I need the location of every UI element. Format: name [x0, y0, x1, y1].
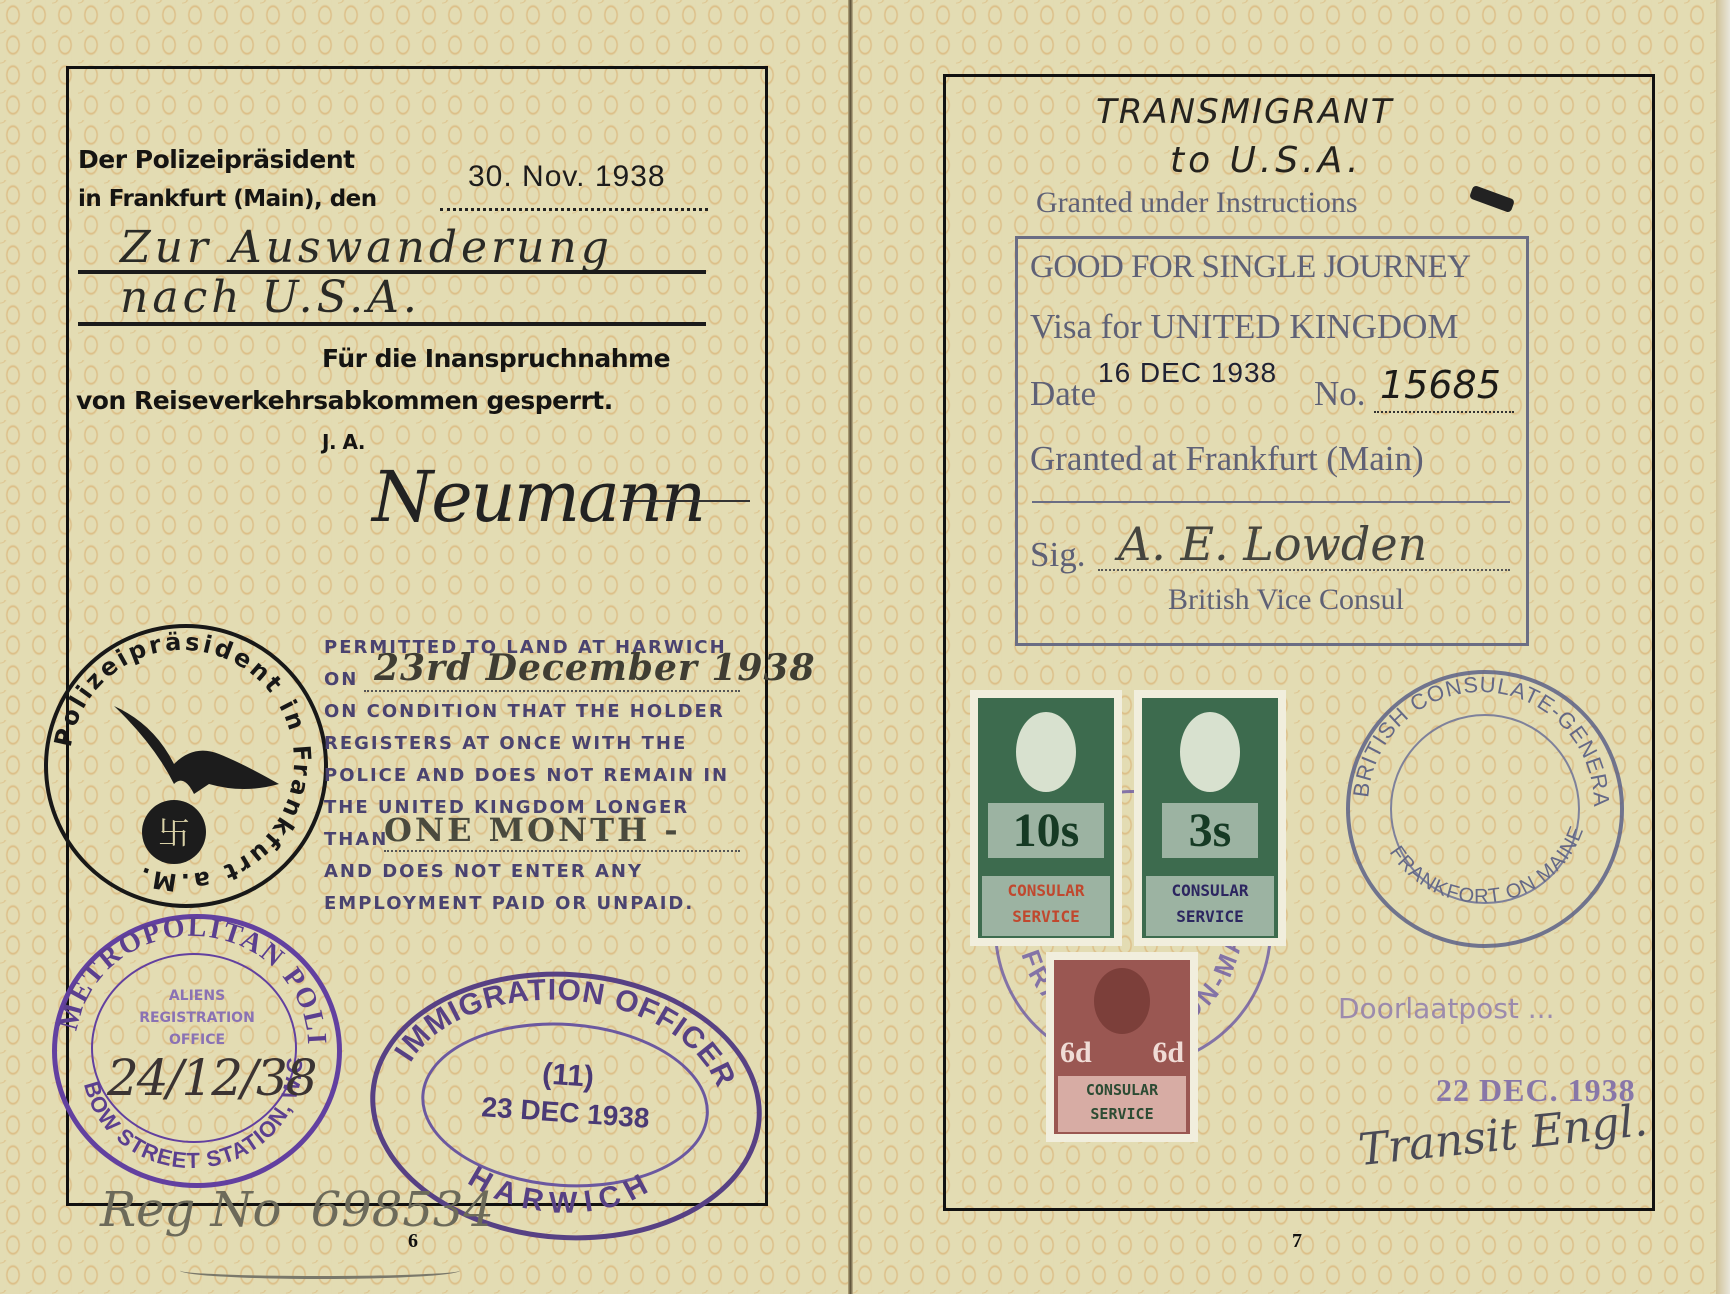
granted-under-instructions: Granted under Instructions: [1036, 186, 1358, 220]
page-edge: [1716, 0, 1730, 1294]
svg-text:FRANKFORT ON MAINE: FRANKFORT ON MAINE: [1385, 823, 1588, 908]
visa-number: 15685: [1380, 363, 1501, 407]
reg-no-flourish: [180, 1262, 460, 1279]
police-date-stamp: 30. Nov. 1938: [468, 160, 666, 194]
police-line-1: Der Polizeipräsident: [78, 145, 355, 174]
consul-signature: A. E. Lowden: [1118, 517, 1427, 571]
king-portrait-icon: [1180, 712, 1240, 792]
landing-line-7: THAN ONE MONTH -: [324, 824, 744, 856]
svg-text:BRITISH CONSULATE-GENERAL: BRITISH CONSULATE-GENERAL: [1346, 670, 1614, 808]
transit-stamp-line: Doorlaatpost ...: [1338, 992, 1554, 1025]
handwritten-purpose-2: nach U.S.A.: [120, 272, 421, 323]
landing-line-3: ON CONDITION THAT THE HOLDER: [324, 696, 744, 728]
restriction-line-2: von Reiseverkehrsabkommen gesperrt.: [76, 386, 613, 415]
page-number-7: 7: [1292, 1230, 1302, 1253]
handwritten-landing-date: 23rd December 1938: [374, 652, 816, 684]
registration-number: Reg No 698534: [100, 1182, 494, 1238]
revenue-stamp-10s: 10s CONSULAR SERVICE: [970, 690, 1122, 946]
police-signature: Neumann: [372, 456, 704, 538]
metropolitan-police-stamp: METROPOLITAN POLICE BOW STREET STATION, …: [52, 914, 342, 1188]
svg-text:卐: 卐: [158, 814, 190, 852]
page-number-6: 6: [408, 1230, 418, 1253]
revenue-stamp-3s: 3s CONSULAR SERVICE: [1134, 690, 1286, 946]
handwritten-duration: ONE MONTH -: [384, 814, 681, 846]
landing-line-5: POLICE AND DOES NOT REMAIN IN: [324, 760, 744, 792]
number-label: No.: [1314, 374, 1366, 414]
uk-visa-stamp: GOOD FOR SINGLE JOURNEY Visa for UNITED …: [1015, 236, 1529, 646]
granted-at-line: Granted at Frankfurt (Main): [1030, 439, 1424, 479]
signature-tail: [620, 500, 750, 502]
destination-usa: to U.S.A.: [1170, 140, 1362, 181]
page-gutter: [848, 0, 853, 1294]
handwritten-purpose-1: Zur Auswanderung: [120, 222, 613, 273]
transmigrant-title: TRANSMIGRANT: [1096, 92, 1393, 132]
stamp-value-right: 6d: [1152, 1036, 1184, 1070]
stamp-value: 3s: [1162, 803, 1258, 858]
police-line-2: in Frankfurt (Main), den: [78, 186, 377, 212]
king-portrait-icon: [1016, 712, 1076, 792]
king-portrait-icon: [1094, 968, 1150, 1034]
landing-line-4: REGISTERS AT ONCE WITH THE: [324, 728, 744, 760]
vice-consul-title: British Vice Consul: [1168, 583, 1404, 617]
date-line: [440, 208, 708, 211]
british-consulate-seal: BRITISH CONSULATE-GENERAL FRANKFORT ON M…: [1346, 670, 1624, 948]
landing-line-2: ON 23rd December 1938: [324, 664, 744, 696]
eagle-swastika-emblem-icon: Polizeipräsident in Frankfurt a.M. 卐: [44, 624, 320, 900]
landing-line-8: AND DOES NOT ENTER ANY: [324, 856, 744, 888]
restriction-line-1: Für die Inanspruchnahme: [322, 344, 670, 373]
single-journey-line: GOOD FOR SINGLE JOURNEY: [1030, 249, 1470, 286]
revenue-stamp-6d: 6d 6d CONSULAR SERVICE: [1046, 952, 1198, 1142]
handwritten-rule-2: [78, 322, 706, 326]
registration-date: 24/12/38: [107, 1049, 316, 1107]
stamp-value: 10s: [988, 803, 1104, 858]
stamp-value-left: 6d: [1060, 1036, 1092, 1070]
visa-date-stamp: 16 DEC 1938: [1098, 357, 1277, 389]
visa-for-line: Visa for UNITED KINGDOM: [1030, 307, 1459, 347]
ia-label: J. A.: [322, 430, 365, 454]
date-label: Date: [1030, 374, 1096, 414]
police-seal: Polizeipräsident in Frankfurt a.M. 卐: [44, 624, 328, 908]
aliens-registration-office: ALIENS REGISTRATION OFFICE: [57, 985, 337, 1051]
landing-conditions-stamp: PERMITTED TO LAND AT HARWICH ON 23rd Dec…: [324, 632, 744, 920]
sig-label: Sig.: [1030, 535, 1085, 575]
landing-line-9: EMPLOYMENT PAID OR UNPAID.: [324, 888, 744, 920]
